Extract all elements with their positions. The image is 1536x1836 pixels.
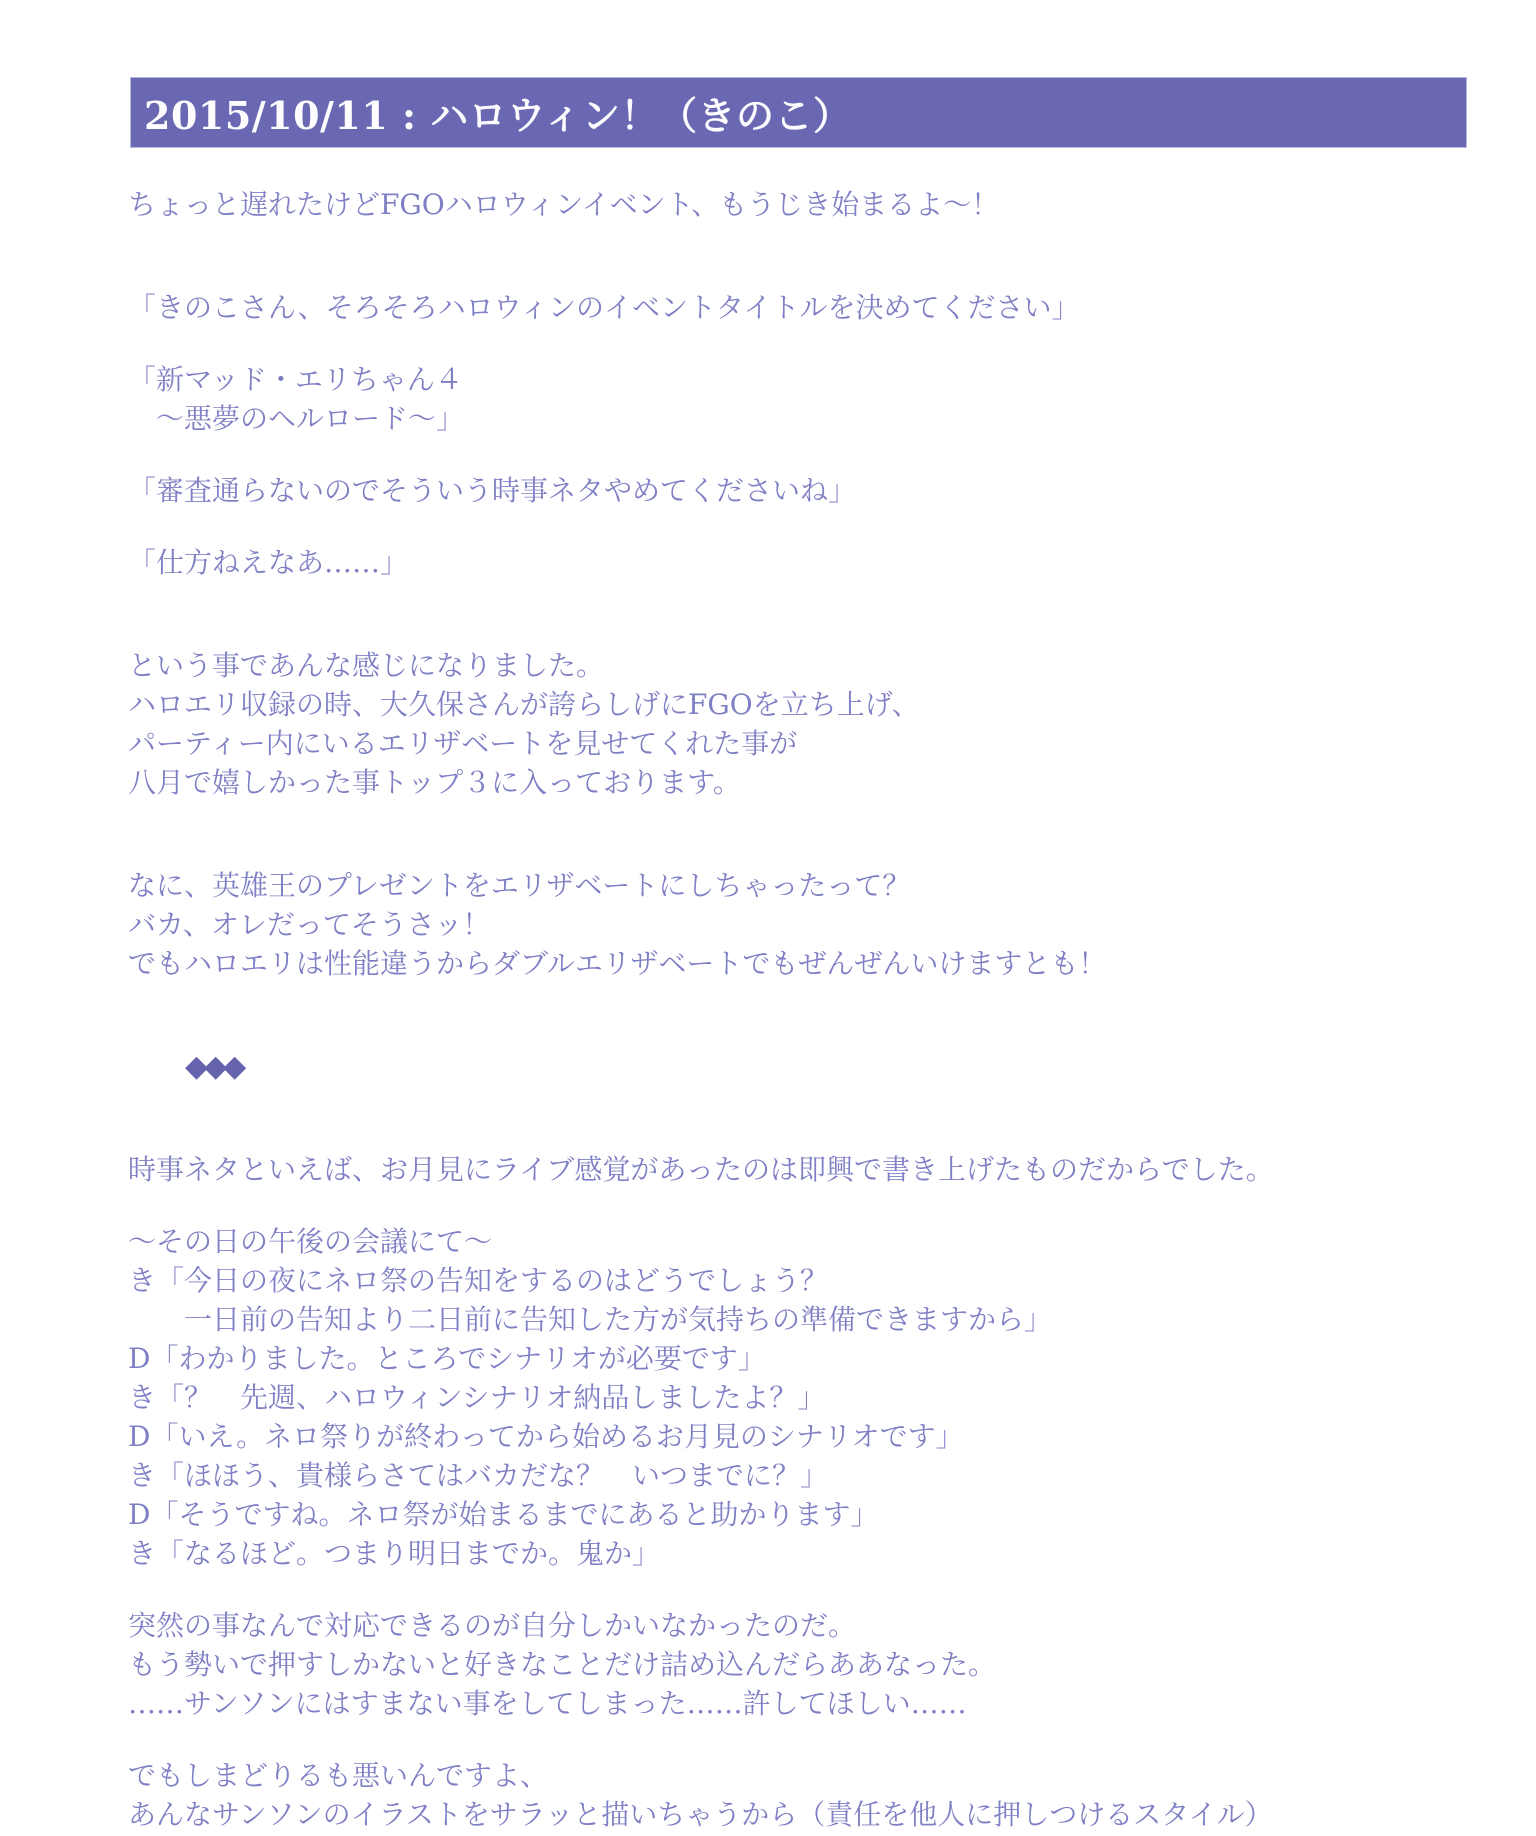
page: { "page": { "background": "#ffffff" }, "…	[0, 0, 1536, 1836]
paragraph: ～その日の午後の会議にて～き「今日の夜にネロ祭の告知をするのはどうでしょう？ 一…	[128, 1222, 1488, 1573]
paragraph: 「仕方ねえなあ……」	[128, 543, 1488, 582]
text-line: D「いえ。ネロ祭りが終わってから始めるお月見のシナリオです」	[128, 1417, 1488, 1456]
text-line: ～その日の午後の会議にて～	[128, 1222, 1488, 1261]
text-line: ハロエリ収録の時、大久保さんが誇らしげにFGOを立ち上げ、	[128, 685, 1488, 724]
paragraph: なに、英雄王のプレゼントをエリザベートにしちゃったって？バカ、オレだってそうさッ…	[128, 866, 1488, 983]
text-line: ……サンソンにはすまない事をしてしまった……許してほしい……	[128, 1684, 1488, 1723]
text-line: 八月で嬉しかった事トップ３に入っております。	[128, 763, 1488, 802]
text-line: パーティー内にいるエリザベートを見せてくれた事が	[128, 724, 1488, 763]
post-title: 2015/10/11 : ハロウィン！（きのこ）	[144, 85, 852, 140]
paragraph: 「審査通らないのでそういう時事ネタやめてくださいね」	[128, 471, 1488, 510]
text-line: なに、英雄王のプレゼントをエリザベートにしちゃったって？	[128, 866, 1488, 905]
section-divider: ◆◆◆	[128, 1047, 1488, 1086]
paragraph: ちょっと遅れたけどFGOハロウィンイベント、もうじき始まるよ～！	[128, 185, 1488, 224]
text-line: D「そうですね。ネロ祭が始まるまでにあると助かります」	[128, 1495, 1488, 1534]
text-line: 「審査通らないのでそういう時事ネタやめてくださいね」	[128, 471, 1488, 510]
text-line: という事であんな感じになりました。	[128, 646, 1488, 685]
article-body: ちょっと遅れたけどFGOハロウィンイベント、もうじき始まるよ～！「きのこさん、そ…	[128, 148, 1488, 1834]
text-line: もう勢いで押すしかないと好きなことだけ詰め込んだらああなった。	[128, 1645, 1488, 1684]
text-line: 「仕方ねえなあ……」	[128, 543, 1488, 582]
text-line: でもハロエリは性能違うからダブルエリザベートでもぜんぜんいけますとも！	[128, 944, 1488, 983]
paragraph: という事であんな感じになりました。ハロエリ収録の時、大久保さんが誇らしげにFGO…	[128, 646, 1488, 802]
text-line: き「今日の夜にネロ祭の告知をするのはどうでしょう？	[128, 1261, 1488, 1300]
text-line: 突然の事なんで対応できるのが自分しかいなかったのだ。	[128, 1606, 1488, 1645]
text-line: 時事ネタといえば、お月見にライブ感覚があったのは即興で書き上げたものだからでした…	[128, 1150, 1488, 1189]
post-header: 2015/10/11 : ハロウィン！（きのこ）	[130, 77, 1467, 148]
divider-diamonds-icon: ◆◆◆	[128, 1047, 1488, 1086]
text-line: D「わかりました。ところでシナリオが必要です」	[128, 1339, 1488, 1378]
paragraph: 「きのこさん、そろそろハロウィンのイベントタイトルを決めてください」	[128, 288, 1488, 327]
paragraph: でもしまどりるも悪いんですよ、あんなサンソンのイラストをサラッと描いちゃうから（…	[128, 1756, 1488, 1834]
text-line: あんなサンソンのイラストをサラッと描いちゃうから（責任を他人に押しつけるスタイル…	[128, 1795, 1488, 1834]
text-line: 「きのこさん、そろそろハロウィンのイベントタイトルを決めてください」	[128, 288, 1488, 327]
text-line: き「ほほう、貴様らさてはバカだな？ いつまでに？」	[128, 1456, 1488, 1495]
text-line: ちょっと遅れたけどFGOハロウィンイベント、もうじき始まるよ～！	[128, 185, 1488, 224]
text-line: き「？ 先週、ハロウィンシナリオ納品しましたよ？」	[128, 1378, 1488, 1417]
paragraph: 突然の事なんで対応できるのが自分しかいなかったのだ。もう勢いで押すしかないと好き…	[128, 1606, 1488, 1723]
text-line: バカ、オレだってそうさッ！	[128, 905, 1488, 944]
text-line: 一日前の告知より二日前に告知した方が気持ちの準備できますから」	[128, 1300, 1488, 1339]
text-line: 「新マッド・エリちゃん４	[128, 360, 1488, 399]
paragraph: 時事ネタといえば、お月見にライブ感覚があったのは即興で書き上げたものだからでした…	[128, 1150, 1488, 1189]
text-line: ～悪夢のヘルロード～」	[128, 399, 1488, 438]
text-line: でもしまどりるも悪いんですよ、	[128, 1756, 1488, 1795]
paragraph: 「新マッド・エリちゃん４ ～悪夢のヘルロード～」	[128, 360, 1488, 438]
text-line: き「なるほど。つまり明日までか。鬼か」	[128, 1534, 1488, 1573]
